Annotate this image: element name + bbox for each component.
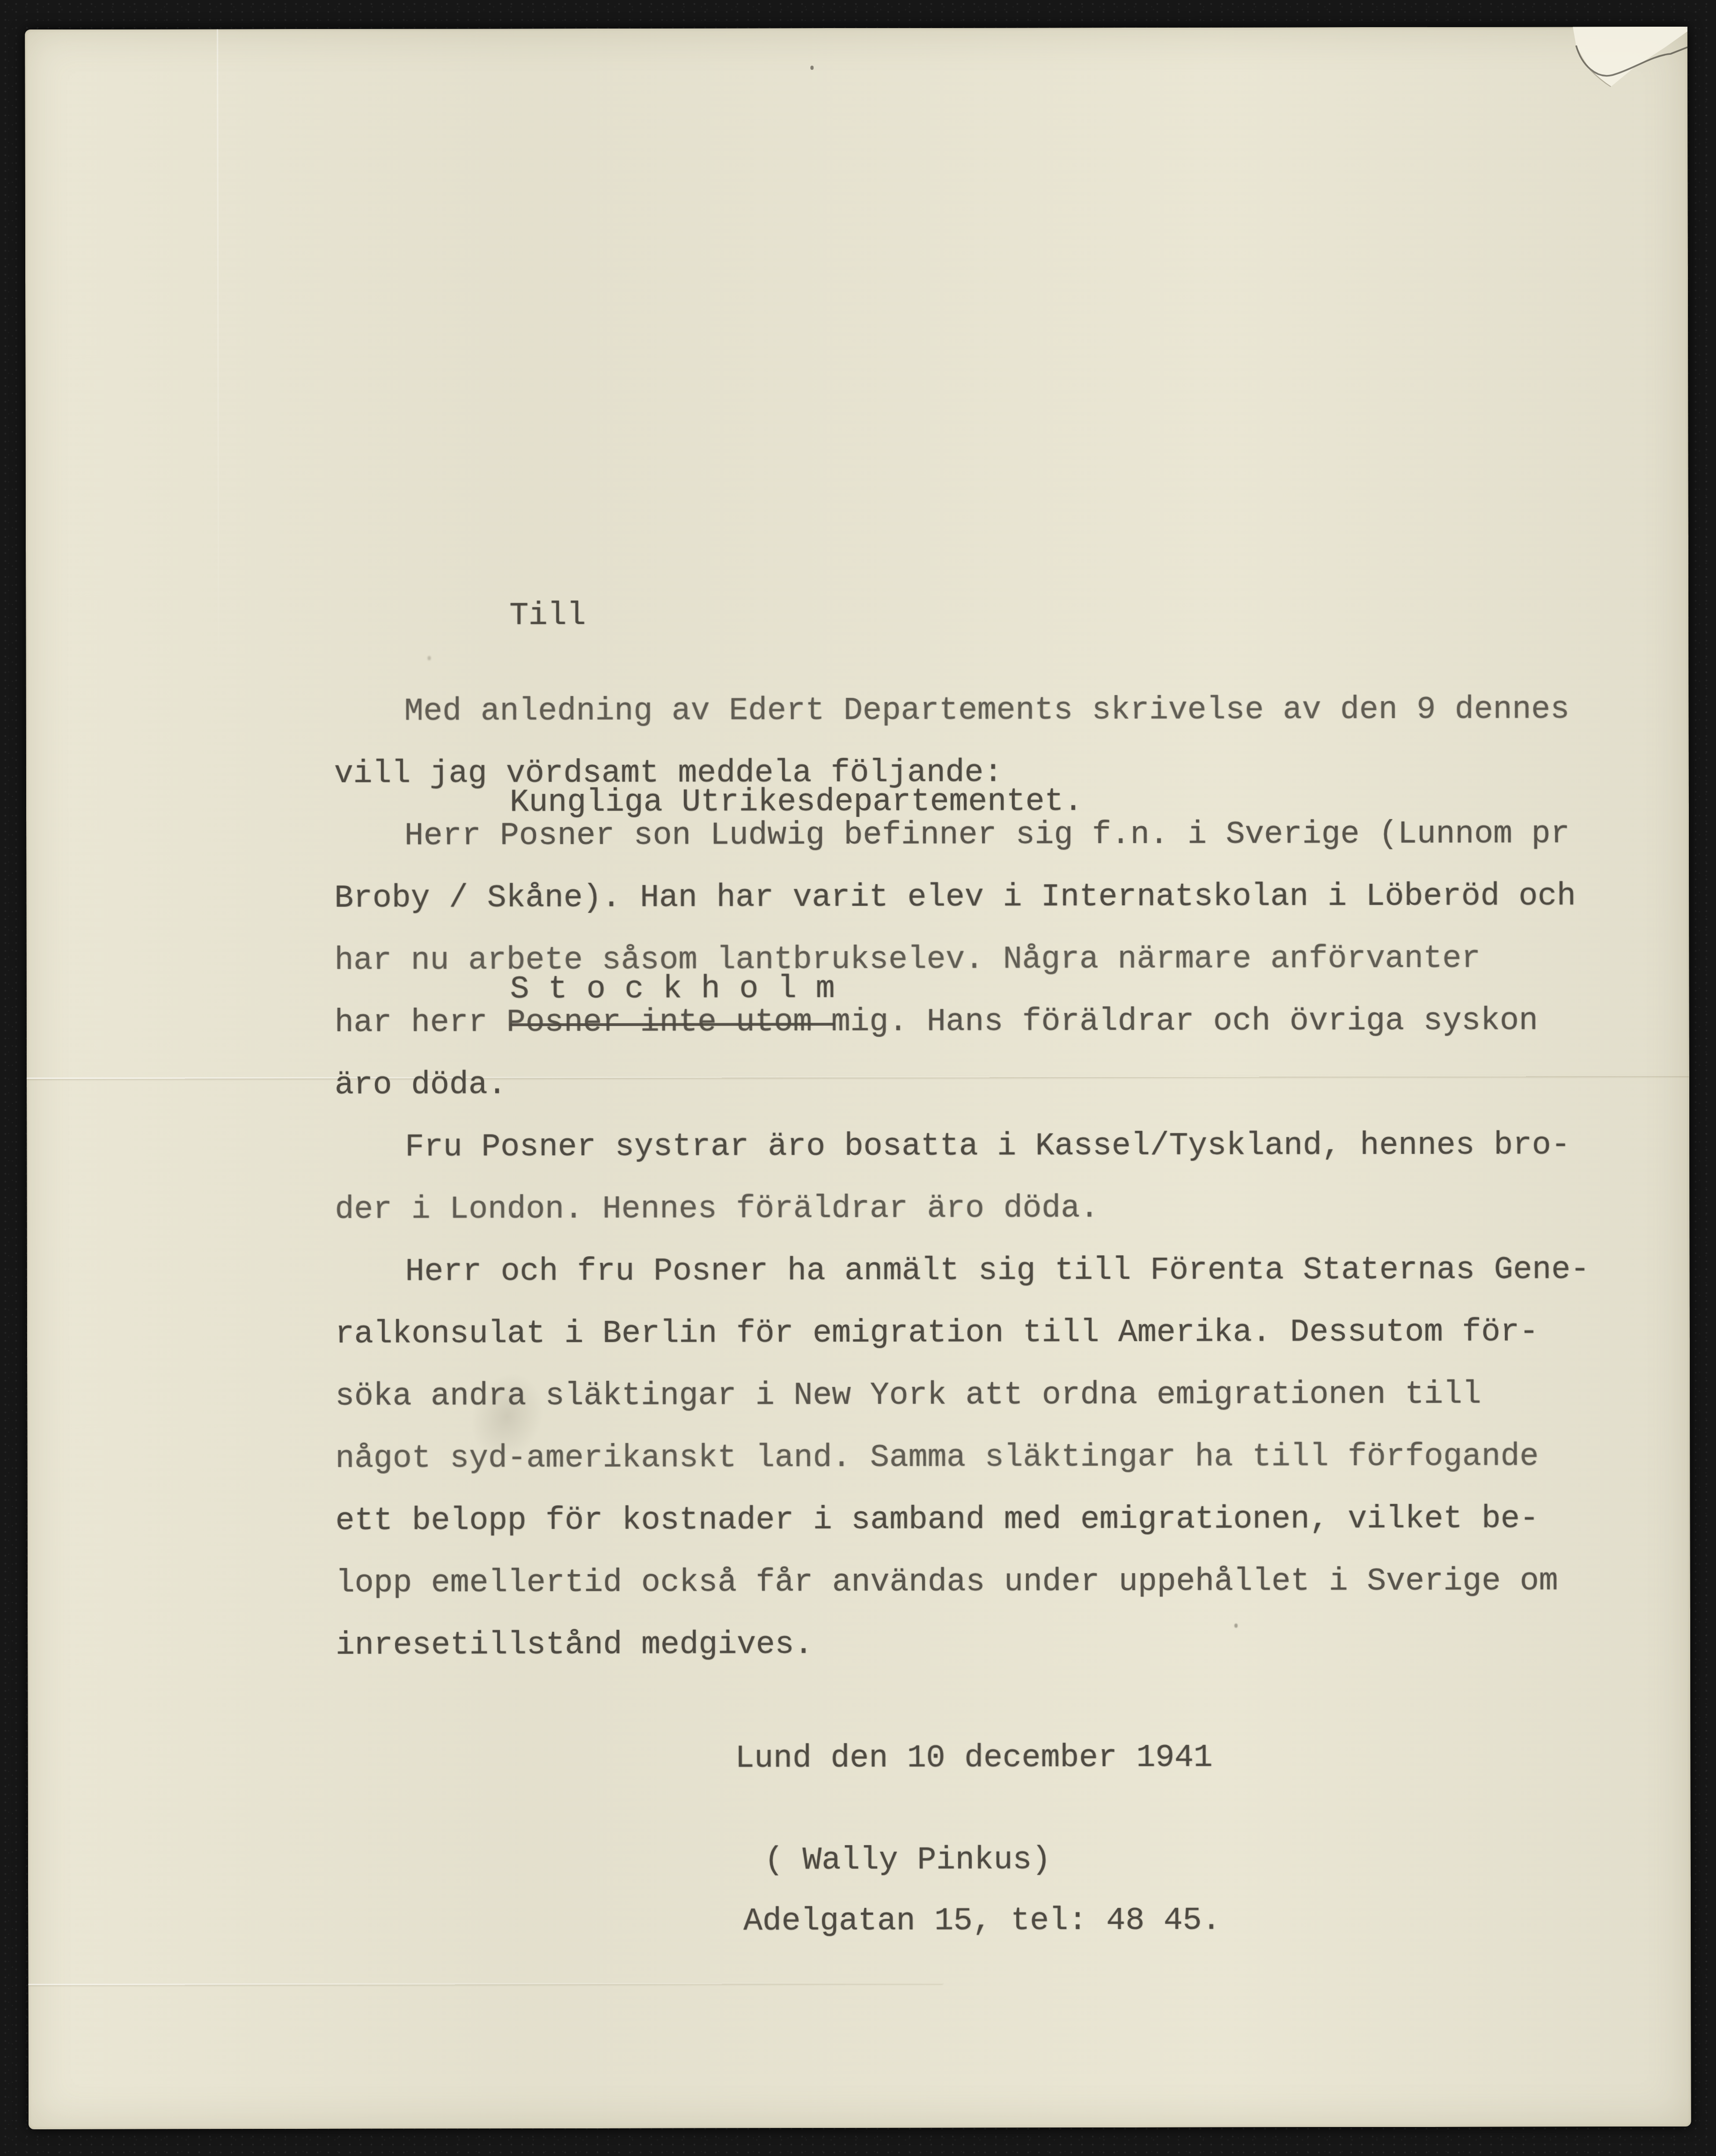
paper-crease-horizontal-bottom	[28, 1982, 943, 1985]
body-line: Herr Posner son Ludwig befinner sig f.n.…	[334, 803, 1589, 867]
body-line: har nu arbete såsom lantbrukselev. Några…	[334, 927, 1589, 992]
body-line: lopp emellertid också får användas under…	[336, 1550, 1590, 1614]
body-line: Fru Posner systrar äro bosatta i Kassel/…	[335, 1114, 1589, 1179]
body-line: ett belopp för kostnader i samband med e…	[336, 1488, 1590, 1552]
body-line: vill jag vördsamt meddela följande:	[334, 741, 1589, 805]
recipient-salutation: Till	[509, 584, 1082, 647]
address-line: Adelgatan 15, tel: 48 45.	[743, 1890, 1221, 1953]
body-line: något syd-amerikanskt land. Samma släkti…	[335, 1425, 1590, 1490]
body-line: har herr Posner inte utom mig. Hans förä…	[335, 990, 1589, 1054]
body-line: der i London. Hennes föräldrar äro döda.	[335, 1176, 1589, 1241]
tear-illustration	[1360, 27, 1687, 130]
body-line: Med anledning av Edert Departements skri…	[334, 678, 1589, 743]
letter-paper: Till Kungliga Utrikesdepartementet. S t …	[25, 27, 1691, 2129]
dateline: Lund den 10 december 1941	[735, 1727, 1212, 1790]
body-line: inresetillstånd medgives.	[336, 1612, 1590, 1677]
scan-background: { "colors": { "background": "#171717", "…	[0, 0, 1716, 2156]
paper-tear-top-right	[1360, 27, 1687, 130]
signature-name: ( Wally Pinkus)	[764, 1829, 1051, 1892]
body-line: Herr och fru Posner ha anmält sig till F…	[335, 1239, 1590, 1303]
letter-body: Med anledning av Edert Departements skri…	[334, 678, 1591, 1677]
body-line: söka andra släktingar i New York att ord…	[335, 1363, 1590, 1428]
body-line: Broby / Skåne). Han har varit elev i Int…	[334, 865, 1589, 930]
body-line: äro döda.	[335, 1052, 1589, 1116]
paper-crease-vertical	[217, 29, 220, 731]
body-line: ralkonsulat i Berlin för emigration till…	[335, 1301, 1590, 1365]
paper-dust-speck	[810, 66, 814, 70]
